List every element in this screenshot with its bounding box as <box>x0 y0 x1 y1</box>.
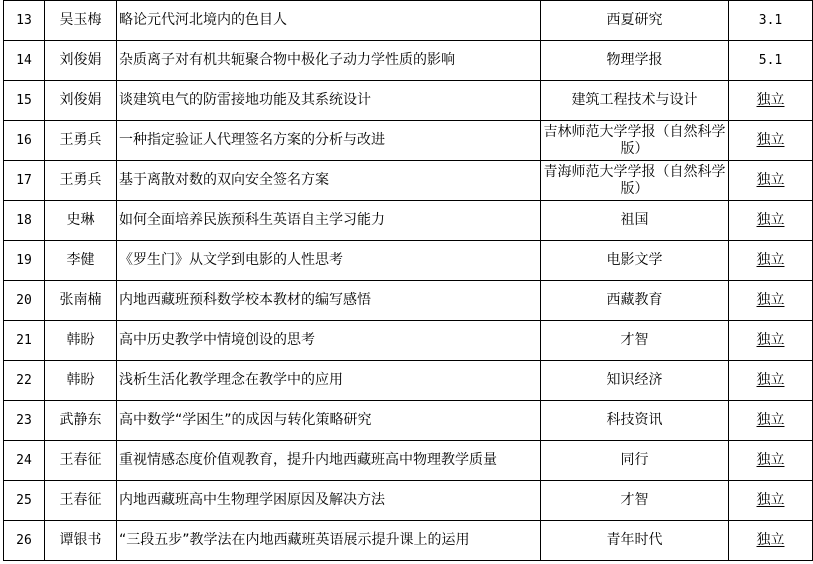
row-number-cell[interactable]: 14 <box>4 41 45 81</box>
journal-cell[interactable]: 知识经济 <box>541 361 729 401</box>
rank-cell[interactable]: 3.1 <box>729 1 813 41</box>
table-row: 17 王勇兵 基于离散对数的双向安全签名方案 青海师范大学学报（自然科学版） 独… <box>4 161 813 201</box>
rank-cell[interactable]: 独立 <box>729 241 813 281</box>
rank-value: 独立 <box>757 92 785 108</box>
rank-value: 独立 <box>757 332 785 348</box>
author-cell[interactable]: 韩盼 <box>45 361 117 401</box>
table-row: 15 刘俊娟 谈建筑电气的防雷接地功能及其系统设计 建筑工程技术与设计 独立 <box>4 81 813 121</box>
journal-cell[interactable]: 科技资讯 <box>541 401 729 441</box>
row-number-cell[interactable]: 24 <box>4 441 45 481</box>
author-cell[interactable]: 吴玉梅 <box>45 1 117 41</box>
row-number-cell[interactable]: 16 <box>4 121 45 161</box>
row-number-cell[interactable]: 13 <box>4 1 45 41</box>
title-cell[interactable]: 内地西藏班预科数学校本教材的编写感悟 <box>117 281 541 321</box>
row-number-cell[interactable]: 22 <box>4 361 45 401</box>
row-number-cell[interactable]: 18 <box>4 201 45 241</box>
papers-sheet: 13 吴玉梅 略论元代河北境内的色目人 西夏研究 3.1 14 刘俊娟 杂质离子… <box>3 0 813 561</box>
title-cell[interactable]: 略论元代河北境内的色目人 <box>117 1 541 41</box>
title-cell[interactable]: 内地西藏班高中生物理学困原因及解决方法 <box>117 481 541 521</box>
rank-cell[interactable]: 独立 <box>729 121 813 161</box>
rank-value: 独立 <box>757 372 785 388</box>
journal-cell[interactable]: 西夏研究 <box>541 1 729 41</box>
rank-cell[interactable]: 独立 <box>729 361 813 401</box>
table-row: 23 武静东 高中数学“学困生”的成因与转化策略研究 科技资讯 独立 <box>4 401 813 441</box>
row-number-cell[interactable]: 25 <box>4 481 45 521</box>
table-row: 18 史琳 如何全面培养民族预科生英语自主学习能力 祖国 独立 <box>4 201 813 241</box>
title-cell[interactable]: 杂质离子对有机共轭聚合物中极化子动力学性质的影响 <box>117 41 541 81</box>
title-cell[interactable]: 高中数学“学困生”的成因与转化策略研究 <box>117 401 541 441</box>
rank-value: 3.1 <box>759 13 782 28</box>
table-row: 13 吴玉梅 略论元代河北境内的色目人 西夏研究 3.1 <box>4 1 813 41</box>
author-cell[interactable]: 王勇兵 <box>45 161 117 201</box>
rank-cell[interactable]: 独立 <box>729 521 813 561</box>
author-cell[interactable]: 韩盼 <box>45 321 117 361</box>
rank-cell[interactable]: 独立 <box>729 161 813 201</box>
journal-cell[interactable]: 建筑工程技术与设计 <box>541 81 729 121</box>
title-cell[interactable]: “三段五步”教学法在内地西藏班英语展示提升课上的运用 <box>117 521 541 561</box>
author-cell[interactable]: 史琳 <box>45 201 117 241</box>
journal-cell[interactable]: 才智 <box>541 481 729 521</box>
row-number-cell[interactable]: 26 <box>4 521 45 561</box>
author-cell[interactable]: 王春征 <box>45 441 117 481</box>
journal-cell[interactable]: 祖国 <box>541 201 729 241</box>
table-row: 21 韩盼 高中历史教学中情境创设的思考 才智 独立 <box>4 321 813 361</box>
row-number-cell[interactable]: 17 <box>4 161 45 201</box>
title-cell[interactable]: 重视情感态度价值观教育，提升内地西藏班高中物理教学质量 <box>117 441 541 481</box>
rank-cell[interactable]: 独立 <box>729 201 813 241</box>
title-cell[interactable]: 如何全面培养民族预科生英语自主学习能力 <box>117 201 541 241</box>
table-row: 22 韩盼 浅析生活化教学理念在教学中的应用 知识经济 独立 <box>4 361 813 401</box>
author-cell[interactable]: 王勇兵 <box>45 121 117 161</box>
journal-cell[interactable]: 电影文学 <box>541 241 729 281</box>
title-cell[interactable]: 《罗生门》从文学到电影的人性思考 <box>117 241 541 281</box>
journal-cell[interactable]: 同行 <box>541 441 729 481</box>
table-row: 19 李健 《罗生门》从文学到电影的人性思考 电影文学 独立 <box>4 241 813 281</box>
title-cell[interactable]: 浅析生活化教学理念在教学中的应用 <box>117 361 541 401</box>
table-row: 24 王春征 重视情感态度价值观教育，提升内地西藏班高中物理教学质量 同行 独立 <box>4 441 813 481</box>
rank-value: 独立 <box>757 292 785 308</box>
row-number-cell[interactable]: 15 <box>4 81 45 121</box>
journal-cell[interactable]: 吉林师范大学学报（自然科学版） <box>541 121 729 161</box>
table-row: 25 王春征 内地西藏班高中生物理学困原因及解决方法 才智 独立 <box>4 481 813 521</box>
rank-value: 独立 <box>757 212 785 228</box>
title-cell[interactable]: 高中历史教学中情境创设的思考 <box>117 321 541 361</box>
rank-cell[interactable]: 独立 <box>729 281 813 321</box>
title-cell[interactable]: 一种指定验证人代理签名方案的分析与改进 <box>117 121 541 161</box>
journal-cell[interactable]: 西藏教育 <box>541 281 729 321</box>
rank-value: 独立 <box>757 252 785 268</box>
author-cell[interactable]: 张南楠 <box>45 281 117 321</box>
papers-table: 13 吴玉梅 略论元代河北境内的色目人 西夏研究 3.1 14 刘俊娟 杂质离子… <box>3 0 813 561</box>
rank-cell[interactable]: 独立 <box>729 321 813 361</box>
journal-cell[interactable]: 物理学报 <box>541 41 729 81</box>
table-row: 14 刘俊娟 杂质离子对有机共轭聚合物中极化子动力学性质的影响 物理学报 5.1 <box>4 41 813 81</box>
author-cell[interactable]: 刘俊娟 <box>45 81 117 121</box>
table-row: 16 王勇兵 一种指定验证人代理签名方案的分析与改进 吉林师范大学学报（自然科学… <box>4 121 813 161</box>
rank-value: 独立 <box>757 492 785 508</box>
author-cell[interactable]: 谭银书 <box>45 521 117 561</box>
rank-value: 独立 <box>757 452 785 468</box>
rank-value: 独立 <box>757 132 785 148</box>
author-cell[interactable]: 武静东 <box>45 401 117 441</box>
row-number-cell[interactable]: 23 <box>4 401 45 441</box>
title-cell[interactable]: 基于离散对数的双向安全签名方案 <box>117 161 541 201</box>
rank-value: 独立 <box>757 172 785 188</box>
rank-cell[interactable]: 独立 <box>729 441 813 481</box>
rank-cell[interactable]: 独立 <box>729 401 813 441</box>
rank-cell[interactable]: 独立 <box>729 81 813 121</box>
row-number-cell[interactable]: 21 <box>4 321 45 361</box>
table-row: 20 张南楠 内地西藏班预科数学校本教材的编写感悟 西藏教育 独立 <box>4 281 813 321</box>
author-cell[interactable]: 王春征 <box>45 481 117 521</box>
rank-value: 独立 <box>757 532 785 548</box>
row-number-cell[interactable]: 20 <box>4 281 45 321</box>
journal-cell[interactable]: 青海师范大学学报（自然科学版） <box>541 161 729 201</box>
journal-cell[interactable]: 青年时代 <box>541 521 729 561</box>
row-number-cell[interactable]: 19 <box>4 241 45 281</box>
rank-value: 独立 <box>757 412 785 428</box>
rank-cell[interactable]: 独立 <box>729 481 813 521</box>
author-cell[interactable]: 刘俊娟 <box>45 41 117 81</box>
table-row: 26 谭银书 “三段五步”教学法在内地西藏班英语展示提升课上的运用 青年时代 独… <box>4 521 813 561</box>
title-cell[interactable]: 谈建筑电气的防雷接地功能及其系统设计 <box>117 81 541 121</box>
author-cell[interactable]: 李健 <box>45 241 117 281</box>
journal-cell[interactable]: 才智 <box>541 321 729 361</box>
rank-cell[interactable]: 5.1 <box>729 41 813 81</box>
rank-value: 5.1 <box>759 53 782 68</box>
